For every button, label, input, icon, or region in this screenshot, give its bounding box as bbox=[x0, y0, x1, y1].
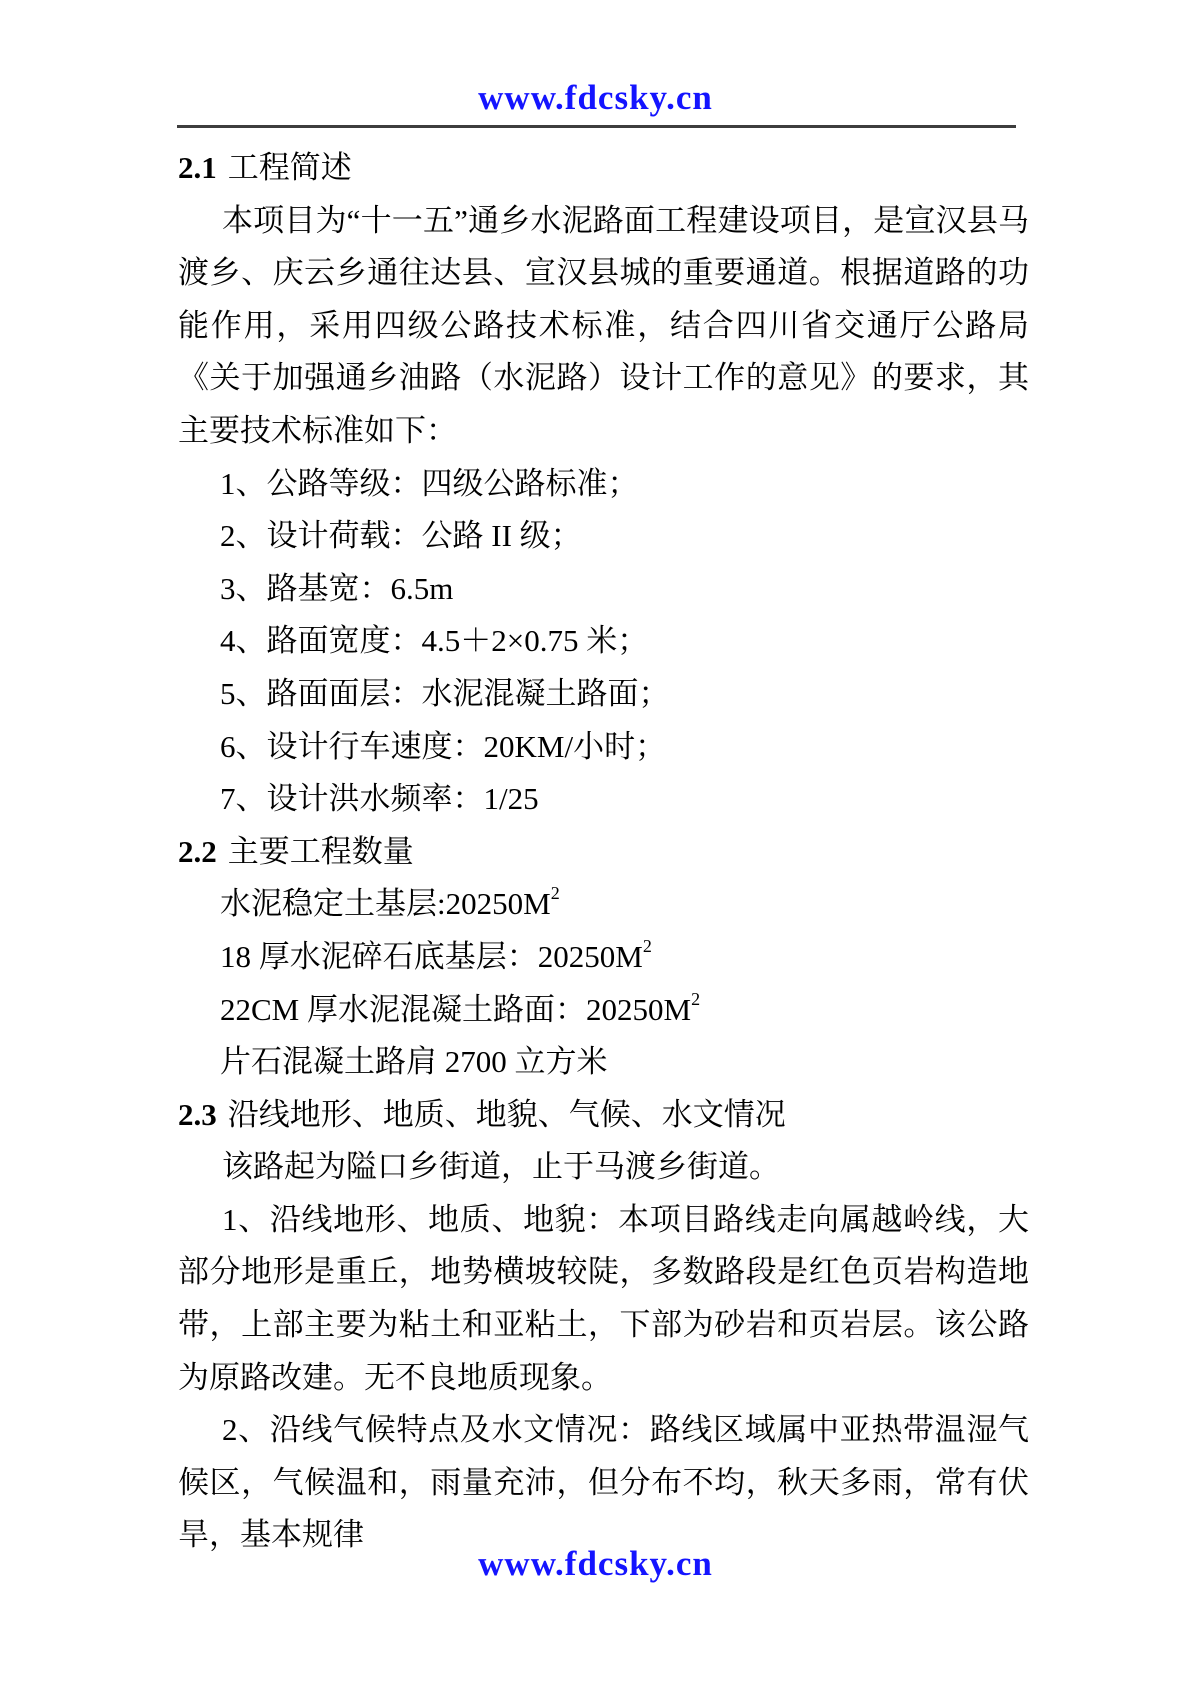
quantity-text: 18 厚水泥碎石底基层：20250M bbox=[220, 939, 643, 974]
quantity-text: 片石混凝土路肩 2700 立方米 bbox=[220, 1044, 608, 1079]
spec-item-4: 4、路面宽度：4.5＋2×0.75 米； bbox=[178, 615, 1029, 668]
section-number: 2.1 bbox=[178, 150, 217, 185]
climate-hydrology-paragraph: 2、沿线气候特点及水文情况：路线区域属中亚热带温湿气候区，气候温和，雨量充沛，但… bbox=[178, 1404, 1029, 1562]
section-number: 2.3 bbox=[178, 1097, 217, 1132]
section-heading-2-2: 2.2主要工程数量 bbox=[178, 826, 1029, 879]
spec-item-6: 6、设计行车速度：20KM/小时； bbox=[178, 721, 1029, 774]
quantity-text: 22CM 厚水泥混凝土路面：20250M bbox=[220, 992, 691, 1027]
spec-item-5: 5、路面面层：水泥混凝土路面； bbox=[178, 668, 1029, 721]
footer-url-link[interactable]: www.fdcsky.cn bbox=[478, 1544, 713, 1583]
superscript-2: 2 bbox=[551, 883, 560, 903]
header-divider-line bbox=[177, 125, 1016, 128]
document-body: 2.1工程简述 本项目为“十一五”通乡水泥路面工程建设项目，是宣汉县马渡乡、庆云… bbox=[178, 142, 1029, 1562]
page-footer: www.fdcsky.cn bbox=[0, 1544, 1191, 1584]
terrain-geology-paragraph: 1、沿线地形、地质、地貌：本项目路线走向属越岭线，大部分地形是重丘，地势横坡较陡… bbox=[178, 1194, 1029, 1404]
route-endpoints-paragraph: 该路起为隘口乡街道，止于马渡乡街道。 bbox=[178, 1141, 1029, 1194]
header-url-link[interactable]: www.fdcsky.cn bbox=[478, 78, 713, 117]
section-title: 工程简述 bbox=[228, 150, 352, 185]
quantity-line-1: 水泥稳定土基层:20250M2 bbox=[178, 878, 1029, 931]
spec-item-7: 7、设计洪水频率：1/25 bbox=[178, 773, 1029, 826]
superscript-2: 2 bbox=[643, 936, 652, 956]
superscript-2: 2 bbox=[691, 989, 700, 1009]
quantity-line-2: 18 厚水泥碎石底基层：20250M2 bbox=[178, 931, 1029, 984]
section-heading-2-3: 2.3沿线地形、地质、地貌、气候、水文情况 bbox=[178, 1089, 1029, 1142]
spec-item-3: 3、路基宽：6.5m bbox=[178, 563, 1029, 616]
quantity-line-3: 22CM 厚水泥混凝土路面：20250M2 bbox=[178, 984, 1029, 1037]
page-header: www.fdcsky.cn bbox=[0, 0, 1191, 118]
section-title: 沿线地形、地质、地貌、气候、水文情况 bbox=[228, 1097, 786, 1132]
document-page: www.fdcsky.cn 2.1工程简述 本项目为“十一五”通乡水泥路面工程建… bbox=[0, 0, 1191, 1683]
quantity-line-4: 片石混凝土路肩 2700 立方米 bbox=[178, 1036, 1029, 1089]
spec-item-2: 2、设计荷载：公路 II 级； bbox=[178, 510, 1029, 563]
spec-item-1: 1、公路等级：四级公路标准； bbox=[178, 458, 1029, 511]
intro-paragraph: 本项目为“十一五”通乡水泥路面工程建设项目，是宣汉县马渡乡、庆云乡通往达县、宣汉… bbox=[178, 195, 1029, 458]
section-number: 2.2 bbox=[178, 834, 217, 869]
section-heading-2-1: 2.1工程简述 bbox=[178, 142, 1029, 195]
section-title: 主要工程数量 bbox=[228, 834, 414, 869]
quantity-text: 水泥稳定土基层:20250M bbox=[220, 886, 551, 921]
